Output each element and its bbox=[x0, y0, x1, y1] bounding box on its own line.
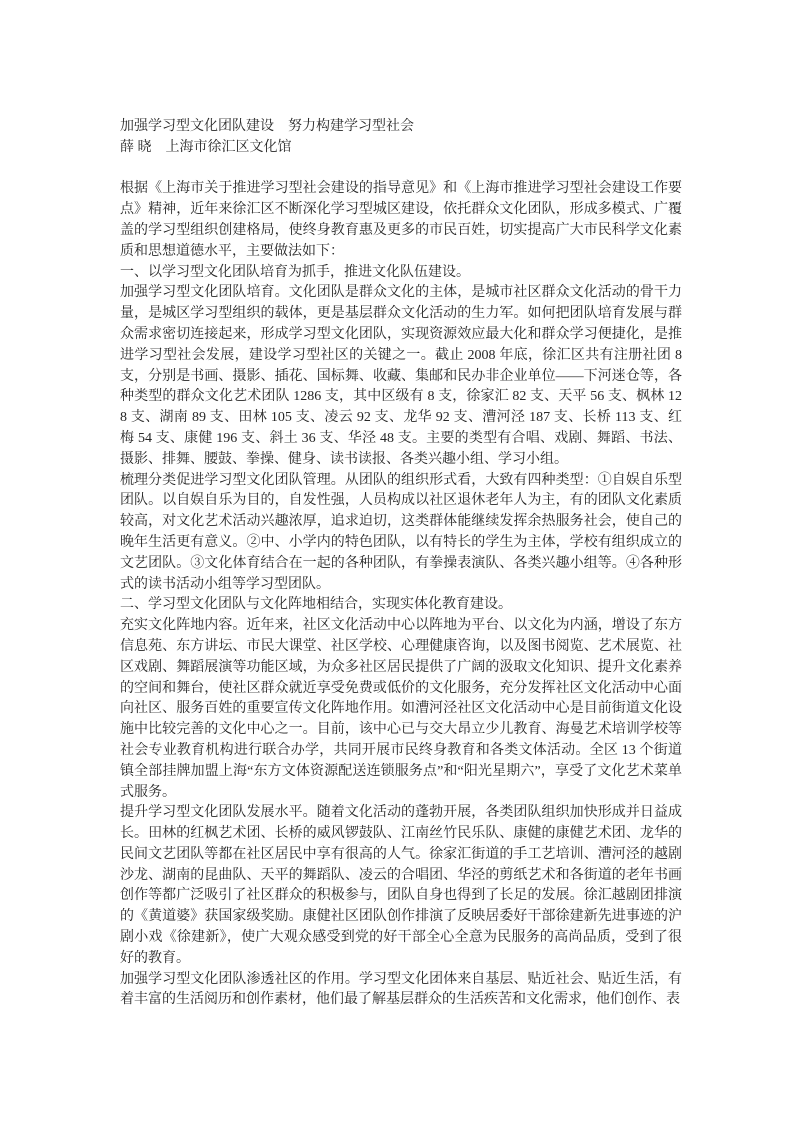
document-title: 加强学习型文化团队建设 努力构建学习型社会 bbox=[120, 117, 682, 138]
paragraph-cultural-venues: 充实文化阵地内容。近年来，社区文化活动中心以阵地为平台、以文化为内涵，增设了东方… bbox=[120, 616, 682, 803]
paragraph-heading-2: 二、学习型文化团队与文化阵地相结合，实现实体化教育建设。 bbox=[120, 595, 682, 616]
paragraph-community-penetration: 加强学习型文化团队渗透社区的作用。学习型文化团体来自基层、贴近社会、贴近生活，有… bbox=[120, 970, 682, 1012]
paragraph-team-development: 提升学习型文化团队发展水平。随着文化活动的蓬勃开展，各类团队组织加快形成并日益成… bbox=[120, 803, 682, 969]
document-body: 加强学习型文化团队建设 努力构建学习型社会 薛 晓 上海市徐汇区文化馆 根据《上… bbox=[120, 117, 682, 1011]
document-page: 加强学习型文化团队建设 努力构建学习型社会 薛 晓 上海市徐汇区文化馆 根据《上… bbox=[0, 0, 793, 1122]
paragraph-heading-1: 一、以学习型文化团队培育为抓手，推进文化队伍建设。 bbox=[120, 263, 682, 284]
paragraph-team-classification: 梳理分类促进学习型文化团队管理。从团队的组织形式看，大致有四种类型：①自娱自乐型… bbox=[120, 471, 682, 596]
blank-line bbox=[120, 159, 682, 180]
document-byline: 薛 晓 上海市徐汇区文化馆 bbox=[120, 138, 682, 159]
paragraph-team-cultivation: 加强学习型文化团队培育。文化团队是群众文化的主体，是城市社区群众文化活动的骨干力… bbox=[120, 283, 682, 470]
paragraph-intro: 根据《上海市关于推进学习型社会建设的指导意见》和《上海市推进学习型社会建设工作要… bbox=[120, 179, 682, 262]
